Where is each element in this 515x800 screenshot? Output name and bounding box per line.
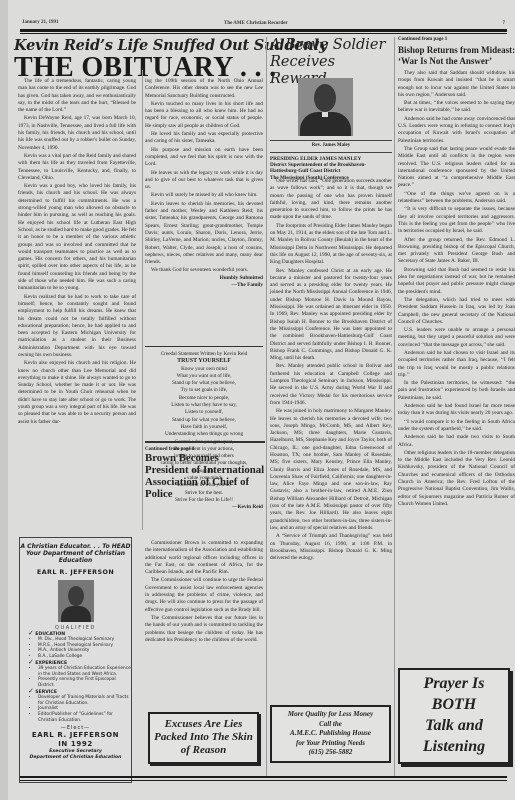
list-item: Developer of Training Materials and Trac… — [38, 695, 131, 706]
paragraph: He leaves us with the legacy to work whi… — [145, 170, 263, 192]
checkmark-icon: ✓ — [28, 629, 34, 637]
section-title: EXPERIENCE — [35, 661, 67, 666]
ad-line: Talk and — [400, 715, 508, 736]
signature-line: Humbly Submitted — [145, 275, 263, 282]
publishing-house-ad: More Quality for Less Money Call the A.M… — [270, 705, 391, 763]
position-department: Department of Christian Education — [20, 755, 131, 761]
education-section: ✓ EDUCATION M. Div., Hood Theological Se… — [28, 631, 131, 660]
experience-section: ✓ EXPERIENCE 39 years of Christian Educa… — [28, 660, 131, 689]
divider — [270, 152, 392, 153]
creed-line: Stand up for what you believe, — [145, 417, 263, 424]
paragraph: U.S. leaders were unable to arrange a pe… — [398, 327, 515, 349]
creed-line: Try to set goals in life, — [145, 387, 263, 394]
paragraph: ‘‘It is very difficult to separate the i… — [398, 206, 515, 235]
excuses-text: Excuses Are Lies Packed Into The Skin of… — [154, 718, 253, 756]
ad-line: BOTH — [400, 694, 508, 715]
paragraph: The life of a tremendous, fantastic, car… — [18, 78, 136, 114]
list-item: Editor/Publisher of “Guidelines” for Chr… — [38, 712, 131, 723]
paragraph: Kevin realized that he had to work to ta… — [18, 294, 136, 360]
phone-number: (615) 256-5882 — [272, 748, 389, 758]
masthead: January 21, 1991 The AME Christian Recor… — [14, 14, 515, 28]
paragraph: He loved his family and was especially p… — [145, 131, 263, 146]
paragraph: Kevin DeWayne Reid, age 17, was born Mar… — [18, 115, 136, 151]
ad-line: for Your Printing Needs — [272, 739, 389, 749]
paragraph: The footprints of Presiding Elder James … — [270, 223, 392, 267]
section-title: SERVICE — [35, 690, 57, 695]
candidate-name: EARL R. JEFFERSON — [20, 568, 131, 576]
elect-name: EARL R. JEFFERSON — [20, 731, 131, 740]
paragraph: ‘‘One of the things we've agreed on is a… — [398, 191, 515, 206]
ad-line: More Quality for Less Money — [272, 710, 389, 720]
divider — [145, 441, 265, 443]
paragraph: Kevin was a vital part of the Reid famil… — [18, 153, 136, 182]
bishop-article-body: They also said that Saddam should withdr… — [398, 70, 515, 508]
educator-campaign-ad: A Christian Educator. . . To HEAD Your D… — [19, 537, 132, 783]
checkmark-icon: ✓ — [28, 658, 34, 666]
paragraph: Anderson said he had come away convincen… — [398, 116, 515, 145]
paragraph: Anderson said he had chosen to visit Isr… — [398, 350, 515, 379]
brown-article-header: Continued from page 1 Brown Becomes Pres… — [145, 441, 265, 500]
signature: Humbly Submitted —The Family — [145, 275, 263, 289]
ad-headline: A Christian Educator. . . To HEAD Your D… — [20, 543, 131, 565]
checkmark-icon: ✓ — [28, 687, 34, 695]
prayer-ad: Prayer Is BOTH Talk and Listening — [398, 668, 510, 764]
manley-photo — [298, 78, 353, 136]
paragraph: Kevin also enjoyed his church and his re… — [18, 360, 136, 426]
divider — [270, 140, 392, 141]
brown-headline: Brown Becomes President of International… — [145, 452, 265, 500]
subhead-line: District Superintendent of the Brookhave… — [270, 162, 394, 174]
creed-line: Have faith in yourself, — [145, 424, 263, 431]
paragraph: Kevin touched so many lives in his short… — [145, 101, 263, 130]
ad-line: Listening — [400, 736, 508, 757]
header-rule — [20, 29, 507, 32]
creed-line: Listen to yourself, — [145, 409, 263, 416]
paragraph: Anderson said he had found Israel far mo… — [398, 403, 515, 418]
paragraph: The Commissioner will continue to urge t… — [145, 577, 263, 613]
creed-intro: Creedal Statement Written by Kevin Reid — [145, 351, 263, 358]
paragraph: Commissioner Brown is committed to expan… — [145, 540, 263, 576]
candidate-photo — [58, 580, 94, 622]
obituary-column-2: ing the 109th session of the North Ohio … — [145, 78, 263, 289]
ad-line: Prayer Is — [400, 673, 508, 694]
creed-line: Know your own mind — [145, 366, 263, 373]
footer-rule — [20, 776, 507, 778]
continued-label: Continued from page 1 — [398, 37, 447, 42]
paragraph: Other religious leaders in the 18-member… — [398, 450, 515, 508]
paragraph: The Commissioner believes that our futur… — [145, 615, 263, 644]
ad-line: A.M.E.C. Publishing House — [272, 729, 389, 739]
paragraph: The delegation, which had tried to meet … — [398, 297, 515, 326]
brown-article-body: Commissioner Brown is committed to expan… — [145, 540, 263, 644]
paragraph: He was joined in holy matrimony to Marga… — [270, 408, 392, 532]
paragraph: We thank God for seventeen wonderful yea… — [145, 267, 263, 274]
creed-title: TRUST YOURSELF — [145, 358, 263, 365]
bishop-headline: Bishop Returns from Mideast: ‘War Is Not… — [398, 45, 515, 66]
paragraph: Browning said that Bush had seemed to re… — [398, 267, 515, 296]
column-divider — [394, 37, 395, 777]
paragraph: His purpose and mission on earth have be… — [145, 147, 263, 169]
divider — [145, 346, 263, 347]
list-item: 39 years of Christian Education Experien… — [38, 666, 131, 677]
photo-caption: Rev. James Maley — [270, 143, 392, 148]
creed-line: Become nicer to people, — [145, 395, 263, 402]
service-section: ✓ SERVICE Developer of Training Material… — [28, 689, 131, 724]
ad-line: Call the — [272, 720, 389, 730]
creed-line: Understanding when things go wrong — [145, 431, 263, 438]
page-number: 7 — [503, 21, 506, 26]
soldier-article-body: One writer has said, “One generation suc… — [270, 178, 392, 562]
paragraph: Rev. Manley confessed Christ at an early… — [270, 268, 392, 363]
elect-year: IN 1992 — [20, 740, 131, 749]
column-divider — [266, 37, 267, 777]
paragraph: Rev. Manley attended public school in Bo… — [270, 363, 392, 407]
paragraph: Kevin will surely be missed by all who k… — [145, 192, 263, 199]
signature-line: —The Family — [145, 282, 263, 289]
paragraph: The Group said that lasting peace would … — [398, 146, 515, 190]
paragraph: But at times, ‘‘the voices seemed to be … — [398, 100, 515, 115]
excuses-ad: Excuses Are Lies Packed Into The Skin of… — [148, 712, 259, 764]
section-title: EDUCATION — [35, 632, 65, 637]
paragraph: One writer has said, “One generation suc… — [270, 178, 392, 222]
paragraph: A “Service of Triumph and Thanksgiving” … — [270, 533, 392, 562]
paragraph: ‘‘I would compare it to the feeling in S… — [398, 419, 515, 434]
creed-author: —Kevin Reid — [145, 504, 263, 511]
paragraph: ing the 109th session of the North Ohio … — [145, 78, 263, 100]
issue-date: January 21, 1991 — [22, 20, 59, 25]
newspaper-page: January 21, 1991 The AME Christian Recor… — [8, 0, 515, 800]
paragraph: In the Palestinian territories, he witne… — [398, 380, 515, 402]
publication-name: The AME Christian Recorder — [224, 21, 288, 26]
paragraph: Kevin leaves to cherish his memories, hi… — [145, 201, 263, 267]
footer-rule-thin — [20, 780, 507, 781]
list-item: Presently serving the First Episcopal Di… — [38, 677, 131, 688]
paragraph: Kevin was a good boy, who loved his fami… — [18, 183, 136, 292]
column-divider — [142, 70, 143, 530]
header-rule-thin — [20, 33, 507, 34]
obituary-column-1: The life of a tremendous, fantastic, car… — [18, 78, 136, 426]
paragraph: After the group returned, the Rev. Edmon… — [398, 237, 515, 266]
paragraph: They also said that Saddam should withdr… — [398, 70, 515, 99]
paragraph: Anderson said he had made two visits to … — [398, 434, 515, 449]
